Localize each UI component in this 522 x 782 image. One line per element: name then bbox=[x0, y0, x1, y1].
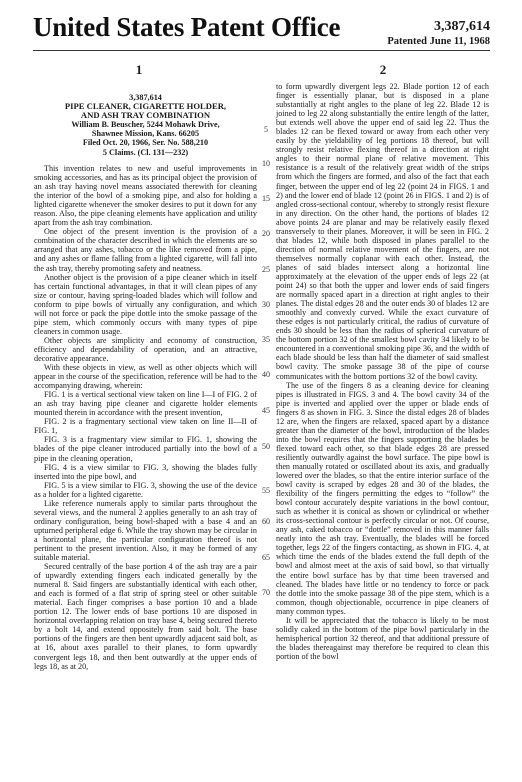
patent-number: 3,387,614 bbox=[434, 19, 490, 35]
line-number: 15 bbox=[259, 194, 273, 203]
paragraph: to form upwardly divergent legs 22. Blad… bbox=[276, 82, 489, 381]
line-number: 35 bbox=[259, 335, 273, 344]
column-number-left: 1 bbox=[129, 62, 149, 78]
paragraph: FIG. 1 is a vertical sectional view take… bbox=[34, 390, 257, 417]
paragraph: FIG. 4 is a view similar to FIG. 3, show… bbox=[34, 463, 257, 481]
line-number: 30 bbox=[259, 300, 273, 309]
line-number: 50 bbox=[259, 442, 273, 451]
paragraph: Another object is the provision of a pip… bbox=[34, 273, 257, 336]
paragraph: Like reference numerals apply to similar… bbox=[34, 499, 257, 562]
line-number: 70 bbox=[259, 588, 273, 597]
line-number: 45 bbox=[259, 406, 273, 415]
inventor-line-2: Shawnee Mission, Kans. 66205 bbox=[34, 129, 257, 138]
title-line-2: AND ASH TRAY COMBINATION bbox=[34, 111, 257, 120]
column-number-right: 2 bbox=[373, 62, 393, 78]
document-header: United States Patent Office 3,387,614 Pa… bbox=[0, 0, 522, 50]
paragraph: Secured centrally of the base portion 4 … bbox=[34, 562, 257, 671]
header-rule bbox=[33, 50, 490, 51]
left-column-text: This invention relates to new and useful… bbox=[34, 164, 257, 671]
line-number: 25 bbox=[259, 265, 273, 274]
line-number: 20 bbox=[259, 229, 273, 238]
paragraph: With these objects in view, as well as o… bbox=[34, 363, 257, 390]
paragraph: One object of the present invention is t… bbox=[34, 227, 257, 272]
patent-title-block: 3,387,614 PIPE CLEANER, CIGARETTE HOLDER… bbox=[34, 93, 257, 157]
paragraph: FIG. 3 is a fragmentary view similar to … bbox=[34, 435, 257, 462]
inventor-line-1: William B. Beuscher, 5244 Mohawk Drive, bbox=[34, 120, 257, 129]
line-number: 55 bbox=[259, 486, 273, 495]
line-number: 10 bbox=[259, 159, 273, 168]
paragraph: FIG. 2 is a fragmentary sectional view t… bbox=[34, 417, 257, 435]
right-column-text: to form upwardly divergent legs 22. Blad… bbox=[276, 82, 489, 661]
line-number: 65 bbox=[259, 553, 273, 562]
paragraph: FIG. 5 is a view similar to FIG. 3, show… bbox=[34, 481, 257, 499]
patent-date: Patented June 11, 1968 bbox=[387, 36, 490, 47]
line-number: 40 bbox=[259, 370, 273, 379]
paragraph: It will be appreciated that the tobacco … bbox=[276, 616, 489, 661]
claims-info: 5 Claims. (Cl. 131—232) bbox=[34, 148, 257, 157]
paragraph: This invention relates to new and useful… bbox=[34, 164, 257, 227]
filing-info: Filed Oct. 20, 1966, Ser. No. 588,210 bbox=[34, 138, 257, 147]
line-number: 60 bbox=[259, 517, 273, 526]
paragraph: The use of the fingers 8 as a cleaning d… bbox=[276, 381, 489, 616]
office-title: United States Patent Office bbox=[33, 12, 340, 43]
paragraph: Other objects are simplicity and economy… bbox=[34, 336, 257, 363]
line-number: 5 bbox=[259, 125, 273, 134]
